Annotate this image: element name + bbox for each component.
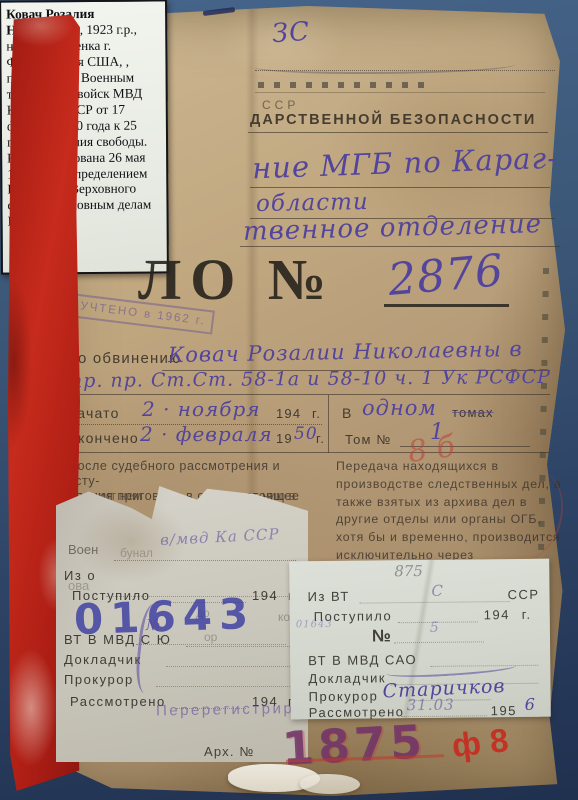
white-slip-year-suffix: г. xyxy=(522,607,532,622)
slip-fragment-handwriting: в/мвд Ка ССР xyxy=(160,525,280,549)
slip-prosecutor-label: Прокурор xyxy=(64,672,134,687)
column-divider xyxy=(328,395,329,453)
archive-fond-handwriting: ф 8 xyxy=(450,721,510,765)
left-note-line: После судебного рассмотрения и всту- xyxy=(68,459,312,489)
department-handwriting-2: области xyxy=(256,189,369,217)
ruled-line xyxy=(394,641,484,643)
accusation-label: По обвинению xyxy=(66,350,182,367)
volume-number-label: Том № xyxy=(345,432,392,447)
red-pencil-mark: 8 б xyxy=(406,429,457,470)
white-registration-slip: 875 Из ВТ С ССР Поступило 194 г. 01643 №… xyxy=(289,559,551,720)
white-slip-from-vt-label: Из ВТ xyxy=(307,589,349,604)
white-slip-number-handwriting: 5 xyxy=(430,620,440,636)
accusation-articles-handwriting: пр. пр. Ст.Ст. 58-1а и 58-10 ч. 1 Ук РСФ… xyxy=(70,366,551,392)
archive-number-stamp: 1875 xyxy=(281,714,428,775)
case-number-handwriting: 2876 xyxy=(386,245,506,306)
corner-mark-handwriting: ЗС xyxy=(271,17,311,50)
finished-year-handwriting: 50 xyxy=(294,424,318,444)
slip-from-label: Из о xyxy=(64,568,96,583)
volume-in-label: В xyxy=(342,405,353,421)
left-registration-slip: Воен бунал в/мвд Ка ССР ова до ор копи И… xyxy=(56,486,308,762)
archive-number-label: Арх. № xyxy=(204,744,255,759)
slip-year-printed: 194 xyxy=(252,588,278,603)
perforation-squares-row xyxy=(258,82,264,88)
ruled-line xyxy=(248,132,548,133)
white-slip-year: 194 xyxy=(484,607,510,622)
case-word-printed: ЛО № xyxy=(138,246,335,313)
perforation-squares-column xyxy=(543,268,549,274)
ruled-line xyxy=(156,686,296,687)
reviewed-date-handwriting: 31.03 xyxy=(407,696,455,715)
ruled-line xyxy=(255,92,545,93)
white-slip-number-sign: № xyxy=(372,626,393,646)
ruled-line xyxy=(114,560,296,561)
white-slip-prosecutor-label: Прокурор xyxy=(309,688,379,704)
torn-paper-edge xyxy=(300,774,360,794)
ruled-line xyxy=(186,646,296,647)
slip-reviewed-label: Рассмотрено xyxy=(70,694,166,709)
started-year-printed: 194 xyxy=(276,406,301,421)
ruled-line xyxy=(64,452,550,453)
ruled-line xyxy=(166,666,296,667)
ruled-line xyxy=(250,187,550,188)
white-slip-vt-sao-label: ВТ В МВД САО xyxy=(308,652,417,668)
ruled-line xyxy=(255,70,555,71)
reviewed-year-printed: 195 xyxy=(491,703,517,718)
archival-file-photo: ЗС ССР ДАРСТВЕННОЙ БЕЗОПАСНОСТИ ние МГБ … xyxy=(0,0,578,800)
ruled-line xyxy=(64,394,550,395)
finished-year-suffix: г. xyxy=(316,431,325,446)
slip-fragment-text: бунал xyxy=(120,546,153,560)
slip-fragment-text: Воен xyxy=(68,542,98,557)
started-date-handwriting: 2 · ноября xyxy=(142,397,261,421)
white-slip-margin-handwriting: 01643 xyxy=(296,619,333,630)
reviewed-year-handwriting: 6 xyxy=(525,695,536,714)
white-slip-republic-handwriting: С xyxy=(431,582,444,600)
finished-date-handwriting: 2 · февраля xyxy=(140,422,273,446)
started-year-suffix: г. xyxy=(312,406,321,421)
ministry-header: ДАРСТВЕННОЙ БЕЗОПАСНОСТИ xyxy=(250,112,536,128)
ruled-line xyxy=(360,601,510,604)
volume-suffix-label: томах xyxy=(452,405,494,420)
ussr-fragment: ССР xyxy=(262,98,299,112)
volume-count-handwriting: одном xyxy=(362,396,437,420)
slip-rapporteur-label: Докладчик xyxy=(64,652,142,667)
white-slip-rapporteur-label: Докладчик xyxy=(308,670,386,686)
white-slip-ssr-label: ССР xyxy=(507,587,539,602)
finished-year-printed: 19 xyxy=(276,431,293,446)
pencil-note: 875 xyxy=(394,562,423,580)
